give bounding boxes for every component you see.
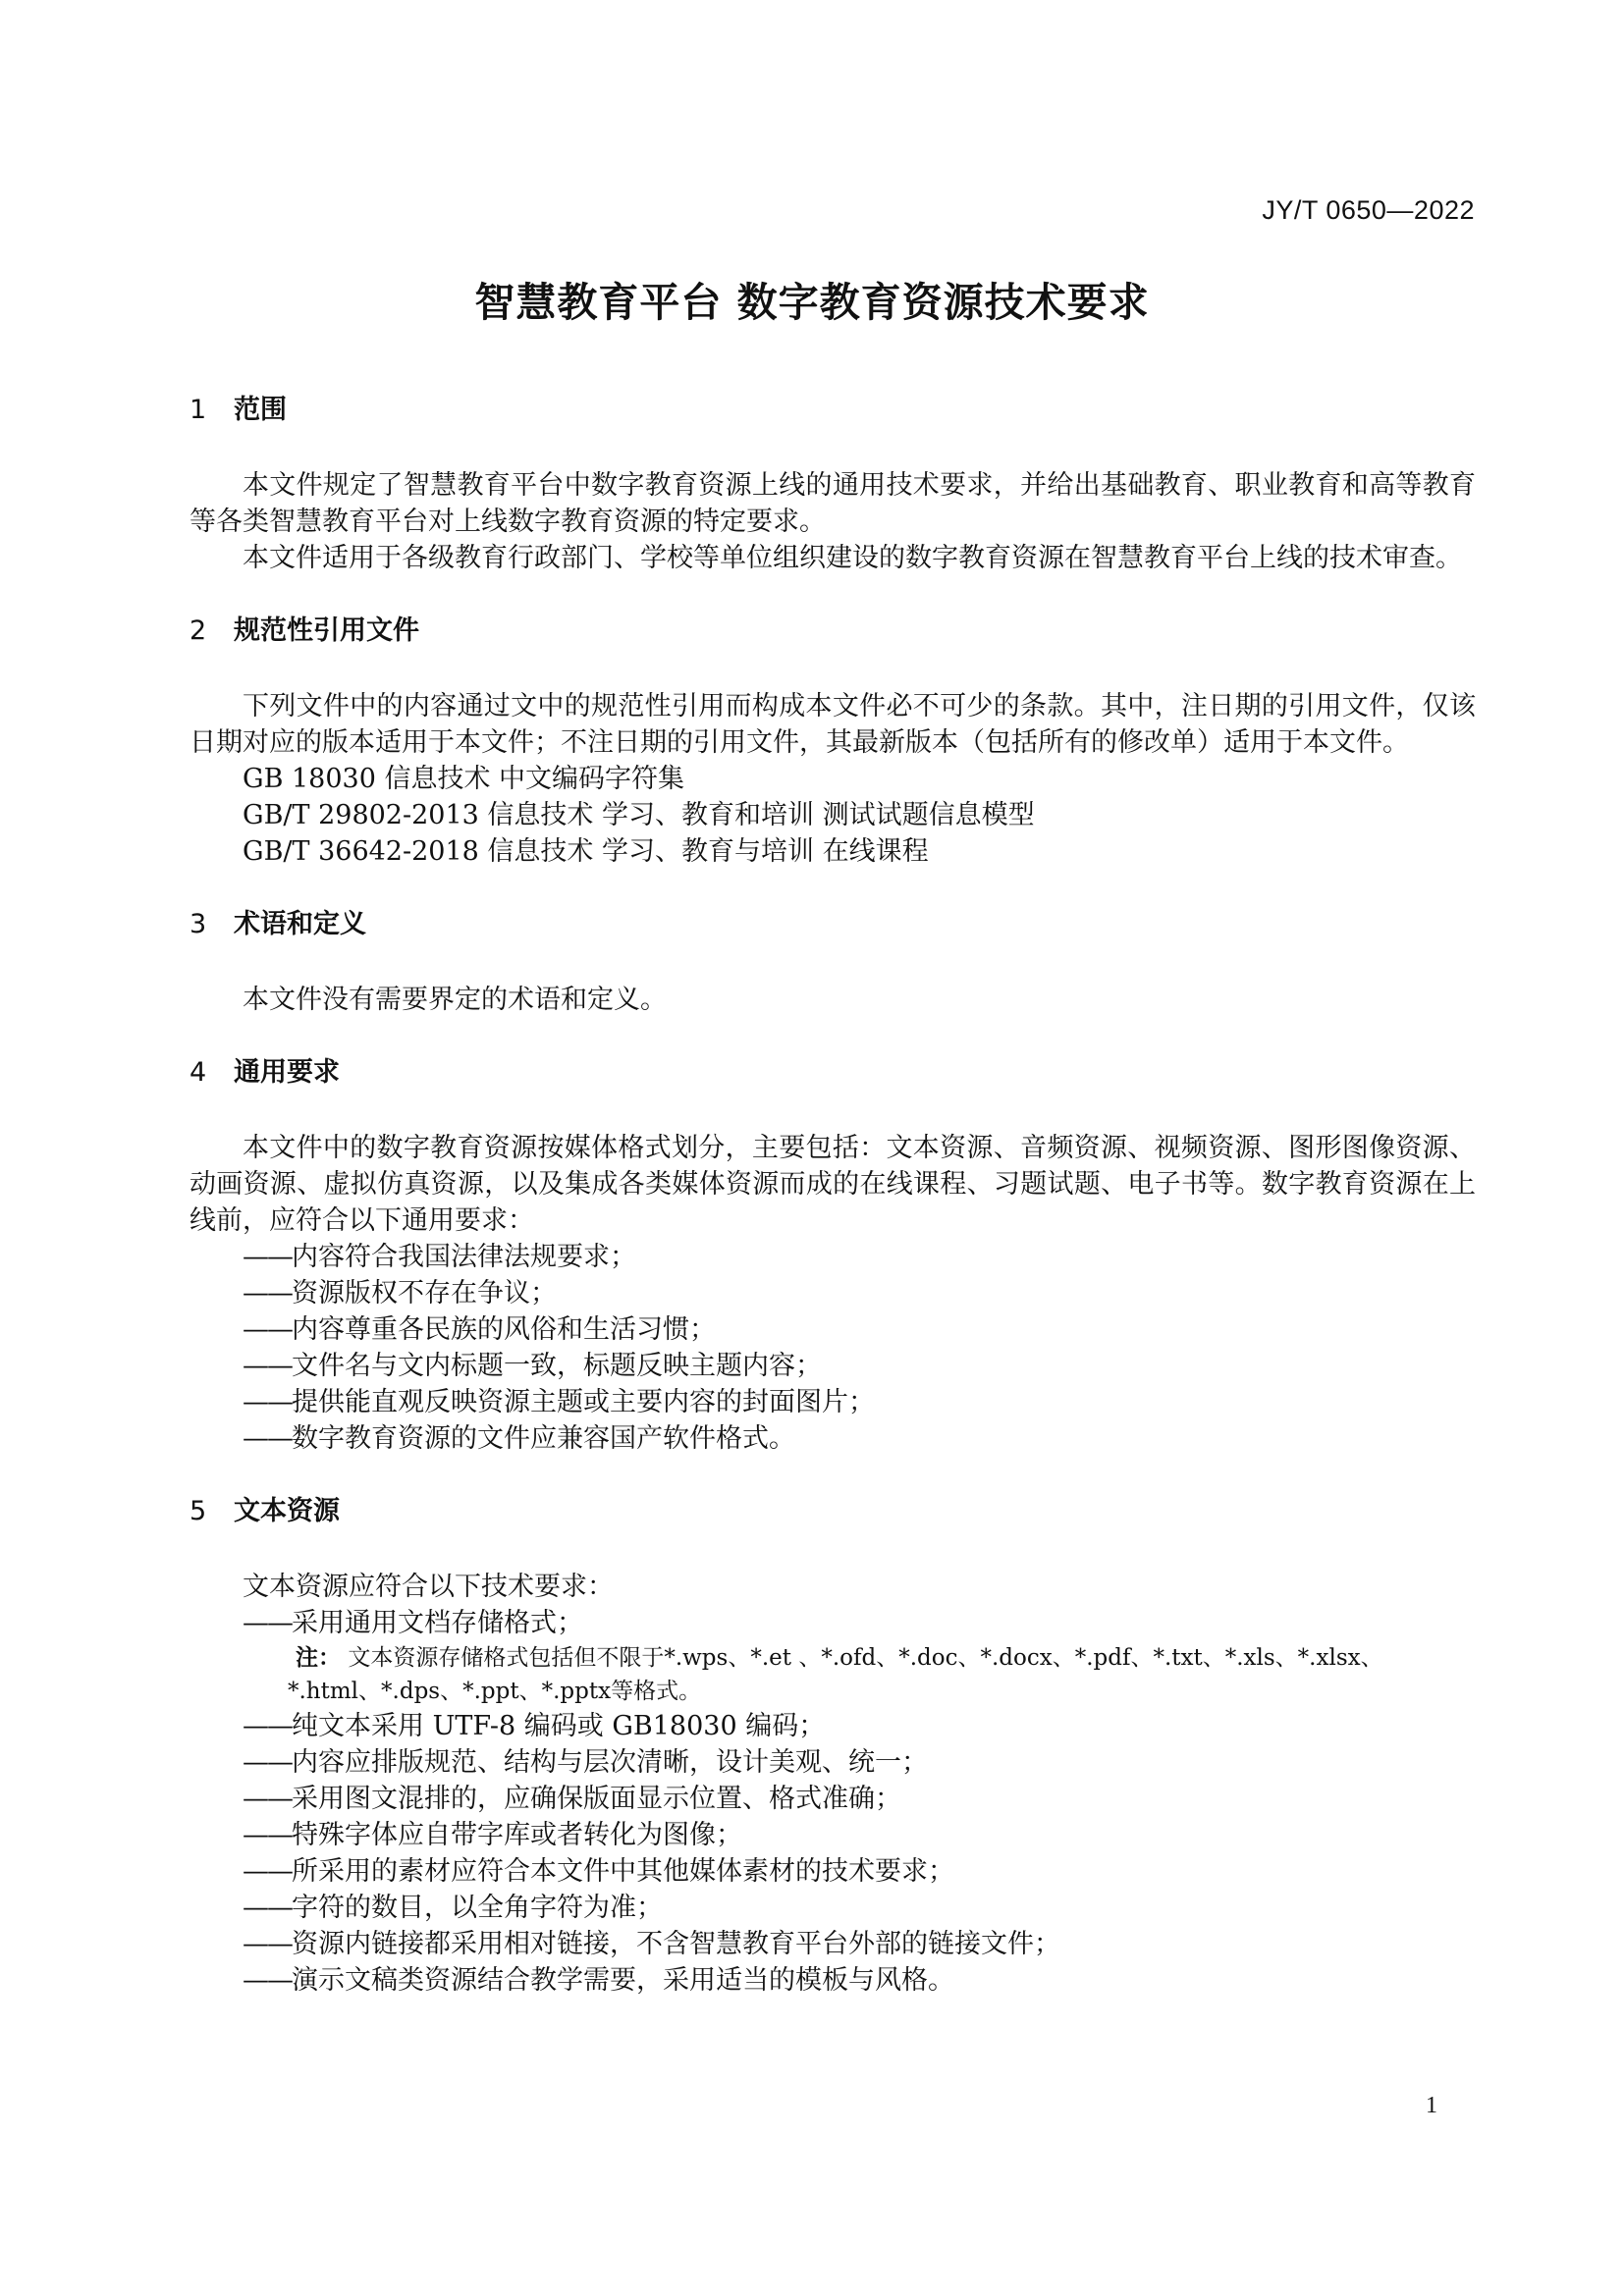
list-item: ——特殊字体应自带字库或者转化为图像；: [189, 1817, 1476, 1853]
list-item: ——数字教育资源的文件应兼容国产软件格式。: [189, 1420, 1476, 1457]
list-item: ——字符的数目，以全角字符为准；: [189, 1890, 1476, 1926]
section-title: 文本资源: [234, 1492, 340, 1531]
list-item: ——采用通用文档存储格式；: [189, 1605, 1476, 1641]
section-heading-general-requirements: 4 通用要求: [189, 1053, 1476, 1093]
section-number: 5: [189, 1492, 234, 1531]
reference-item: GB/T 36642-2018 信息技术 学习、教育与培训 在线课程: [189, 833, 1476, 870]
document-title: 智慧教育平台 数字教育资源技术要求: [0, 270, 1624, 328]
list-item: ——所采用的素材应符合本文件中其他媒体素材的技术要求；: [189, 1853, 1476, 1890]
list-item: ——内容尊重各民族的风俗和生活习惯；: [189, 1311, 1476, 1348]
section-heading-normative-references: 2 规范性引用文件: [189, 612, 1476, 651]
list-item: ——演示文稿类资源结合教学需要，采用适当的模板与风格。: [189, 1962, 1476, 1999]
list-item: ——文件名与文内标题一致，标题反映主题内容；: [189, 1348, 1476, 1384]
document-page: JY/T 0650—2022 智慧教育平台 数字教育资源技术要求 1 范围 本文…: [0, 0, 1624, 2296]
paragraph: 本文件没有需要界定的术语和定义。: [189, 982, 1476, 1018]
note-label: 注：: [296, 1645, 341, 1671]
list-item: ——资源版权不存在争议；: [189, 1275, 1476, 1311]
paragraph: 下列文件中的内容通过文中的规范性引用而构成本文件必不可少的条款。其中，注日期的引…: [189, 688, 1476, 761]
list-item: ——内容应排版规范、结构与层次清晰，设计美观、统一；: [189, 1744, 1476, 1781]
reference-item: GB 18030 信息技术 中文编码字符集: [189, 761, 1476, 797]
paragraph: 本文件规定了智慧教育平台中数字教育资源上线的通用技术要求，并给出基础教育、职业教…: [189, 467, 1476, 540]
section-title: 规范性引用文件: [234, 612, 419, 651]
list-item: ——采用图文混排的，应确保版面显示位置、格式准确；: [189, 1781, 1476, 1817]
reference-item: GB/T 29802-2013 信息技术 学习、教育和培训 测试试题信息模型: [189, 797, 1476, 833]
standard-code: JY/T 0650—2022: [1262, 195, 1475, 226]
paragraph: 本文件适用于各级教育行政部门、学校等单位组织建设的数字教育资源在智慧教育平台上线…: [189, 540, 1476, 576]
section-heading-text-resources: 5 文本资源: [189, 1492, 1476, 1531]
section-title: 通用要求: [234, 1053, 340, 1093]
paragraph: 文本资源应符合以下技术要求：: [189, 1569, 1476, 1605]
section-number: 1: [189, 391, 234, 430]
list-item: ——提供能直观反映资源主题或主要内容的封面图片；: [189, 1384, 1476, 1420]
document-body: 1 范围 本文件规定了智慧教育平台中数字教育资源上线的通用技术要求，并给出基础教…: [189, 391, 1476, 1999]
section-title: 术语和定义: [234, 905, 366, 944]
section-number: 3: [189, 905, 234, 944]
note-continuation: *.html、*.dps、*.ppt、*.pptx等格式。: [189, 1675, 1476, 1708]
section-heading-scope: 1 范围: [189, 391, 1476, 430]
note-text: 文本资源存储格式包括但不限于*.wps、*.et 、*.ofd、*.doc、*.…: [348, 1645, 1382, 1671]
section-number: 2: [189, 612, 234, 651]
paragraph: 本文件中的数字教育资源按媒体格式划分，主要包括：文本资源、音频资源、视频资源、图…: [189, 1130, 1476, 1239]
note: 注： 文本资源存储格式包括但不限于*.wps、*.et 、*.ofd、*.doc…: [189, 1641, 1476, 1675]
list-item: ——纯文本采用 UTF-8 编码或 GB18030 编码；: [189, 1708, 1476, 1744]
page-number: 1: [1426, 2093, 1437, 2119]
section-number: 4: [189, 1053, 234, 1093]
section-heading-terms: 3 术语和定义: [189, 905, 1476, 944]
section-title: 范围: [234, 391, 287, 430]
list-item: ——内容符合我国法律法规要求；: [189, 1239, 1476, 1275]
list-item: ——资源内链接都采用相对链接，不含智慧教育平台外部的链接文件；: [189, 1926, 1476, 1962]
